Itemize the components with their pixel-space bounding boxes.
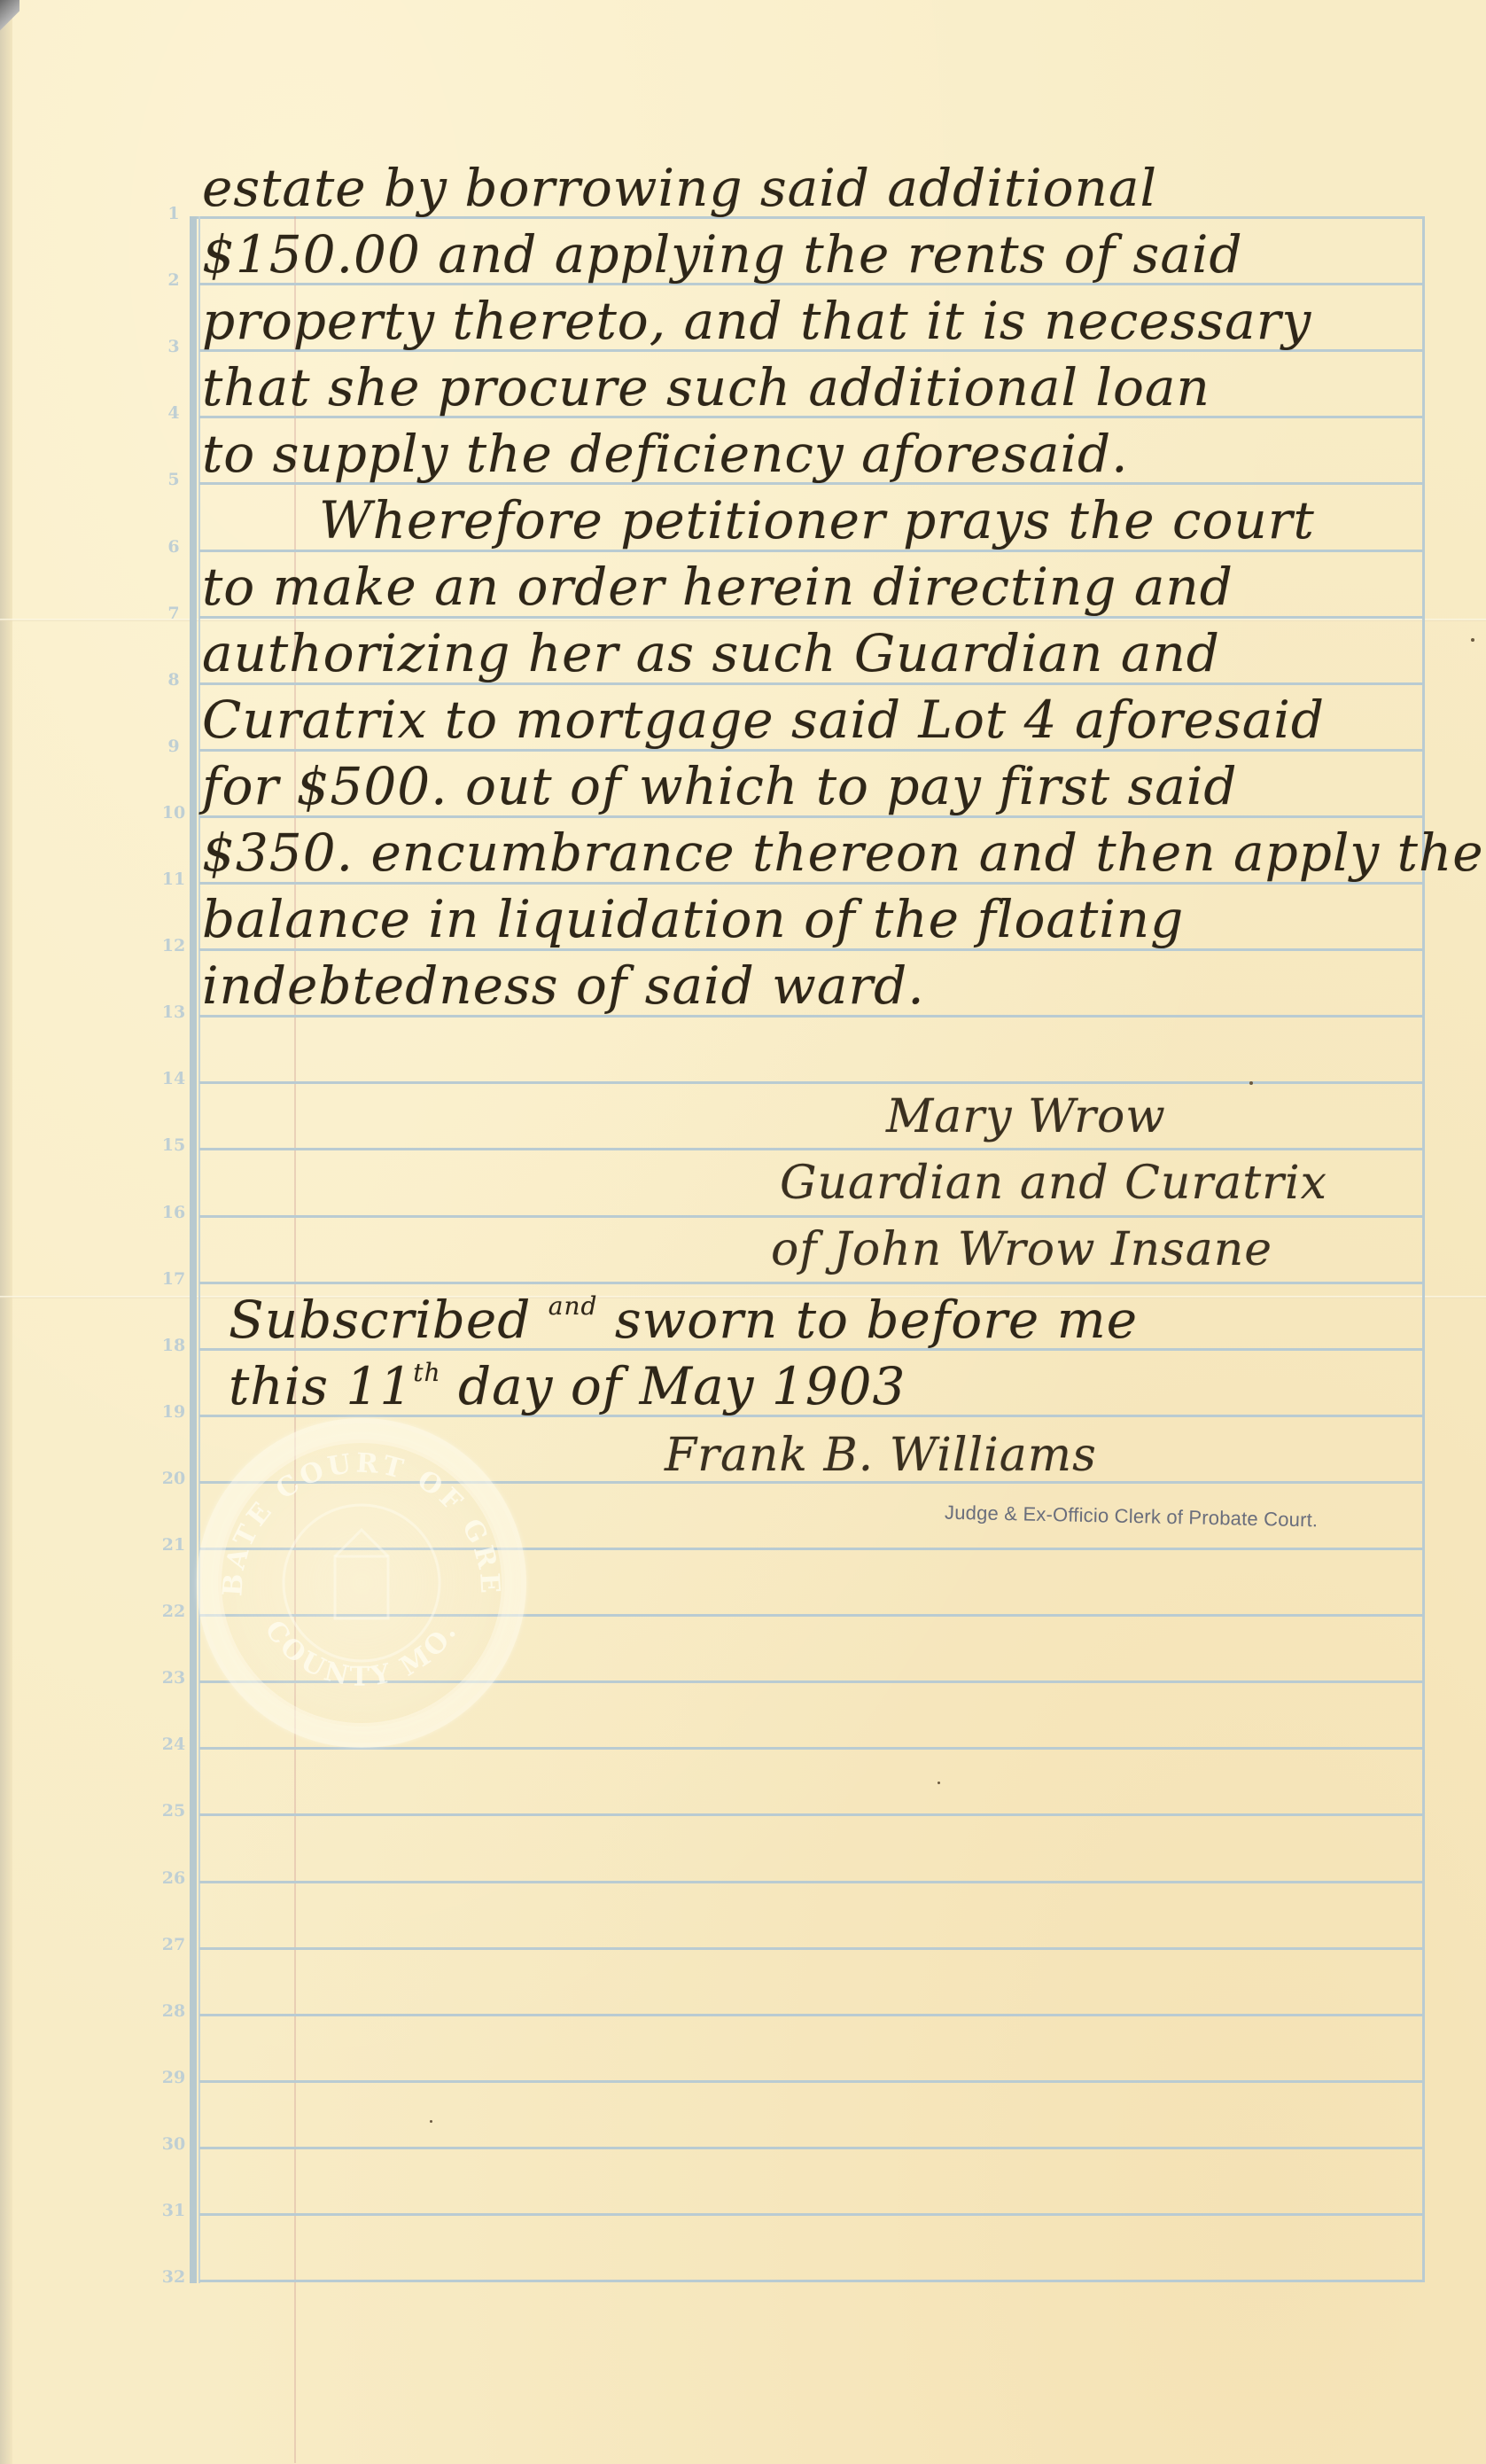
line-number: 32 xyxy=(161,2267,186,2287)
line-number: 27 xyxy=(161,1935,186,1954)
line-number: 12 xyxy=(161,936,186,955)
body-line: for $500. out of which to pay first said xyxy=(202,756,1238,816)
line-number: 19 xyxy=(161,1402,186,1422)
line-number: 24 xyxy=(161,1735,186,1754)
paper-speck xyxy=(1471,638,1474,642)
body-line: property thereto, and that it is necessa… xyxy=(202,291,1311,351)
line-number: 15 xyxy=(161,1135,186,1155)
line-number: 26 xyxy=(161,1868,186,1888)
line-number: 20 xyxy=(161,1469,186,1488)
svg-text:COUNTY MO.: COUNTY MO. xyxy=(259,1615,465,1693)
ruled-line xyxy=(199,2280,1425,2282)
line-number: 6 xyxy=(161,537,186,557)
body-line: that she procure such additional loan xyxy=(202,357,1210,417)
svg-text:PROBATE COURT OF GREENE: PROBATE COURT OF GREENE xyxy=(202,1423,505,1597)
rule-border-left-inner xyxy=(198,216,200,2283)
line-number: 25 xyxy=(161,1801,186,1821)
ruled-line xyxy=(199,1747,1425,1750)
ruled-line xyxy=(199,1881,1425,1883)
ruled-line xyxy=(199,1148,1425,1150)
official-signature: Frank B. Williams xyxy=(665,1429,1097,1482)
line-number: 3 xyxy=(161,337,186,356)
line-number: 5 xyxy=(161,470,186,489)
line-number: 23 xyxy=(161,1668,186,1688)
body-line: $350. encumbrance thereon and then apply… xyxy=(202,823,1484,883)
rule-border-right xyxy=(1422,216,1425,2282)
ruled-line xyxy=(199,1947,1425,1950)
line-number: 2 xyxy=(161,270,186,290)
ruled-line xyxy=(199,1215,1425,1218)
body-line: Curatrix to mortgage said Lot 4 aforesai… xyxy=(202,690,1325,750)
line-number: 8 xyxy=(161,670,186,690)
signer-title: Guardian and Curatrix xyxy=(780,1157,1327,1210)
seal-icon: PROBATE COURT OF GREENE COUNTY MO. xyxy=(202,1423,521,1743)
body-line: to supply the deficiency aforesaid. xyxy=(202,424,1129,484)
line-number: 13 xyxy=(161,1002,186,1022)
ruled-line xyxy=(199,2213,1425,2216)
rule-border-left xyxy=(190,216,197,2283)
line-number: 11 xyxy=(161,869,186,889)
fold-crease xyxy=(0,619,1486,621)
ruled-line xyxy=(199,2080,1425,2083)
line-number: 16 xyxy=(161,1203,186,1222)
ruled-line xyxy=(199,1813,1425,1816)
body-line: $150.00 and applying the rents of said xyxy=(202,224,1243,285)
body-line: estate by borrowing said additional xyxy=(202,158,1157,218)
body-line: indebtedness of said ward. xyxy=(202,955,925,1016)
paper-speck xyxy=(430,2120,432,2123)
page-edge xyxy=(0,0,12,2464)
line-number: 7 xyxy=(161,604,186,623)
jurat-line-2: this 11th day of May 1903 xyxy=(229,1356,906,1416)
line-number: 29 xyxy=(161,2068,186,2087)
line-number: 4 xyxy=(161,403,186,423)
body-line: balance in liquidation of the floating xyxy=(202,889,1184,949)
line-number: 28 xyxy=(161,2001,186,2021)
ruled-line xyxy=(199,2147,1425,2149)
line-number: 17 xyxy=(161,1269,186,1289)
line-number: 18 xyxy=(161,1336,186,1355)
body-line: to make an order herein directing and xyxy=(202,557,1233,617)
official-stamp: Judge & Ex-Officio Clerk of Probate Cour… xyxy=(945,1501,1319,1532)
paper-speck xyxy=(1249,1081,1253,1085)
body-line: Wherefore petitioner prays the court xyxy=(319,490,1315,550)
line-number: 9 xyxy=(161,737,186,756)
body-line: authorizing her as such Guardian and xyxy=(202,623,1220,683)
scan-corner xyxy=(0,0,19,35)
ruled-line xyxy=(199,1081,1425,1084)
paper-speck xyxy=(938,1782,940,1784)
line-number: 14 xyxy=(161,1069,186,1088)
line-number: 30 xyxy=(161,2134,186,2154)
line-number: 10 xyxy=(161,803,186,823)
embossed-seal: PROBATE COURT OF GREENE COUNTY MO. xyxy=(197,1418,526,1748)
line-number: 1 xyxy=(161,204,186,223)
line-number: 22 xyxy=(161,1602,186,1621)
signer-title-ward: of John Wrow Insane xyxy=(771,1223,1272,1276)
ruled-line xyxy=(199,1282,1425,1284)
ruled-line xyxy=(199,2014,1425,2016)
line-number: 21 xyxy=(161,1535,186,1555)
petitioner-signature: Mary Wrow xyxy=(886,1090,1166,1143)
jurat-line-1: Subscribed and sworn to before me xyxy=(229,1290,1138,1350)
line-number: 31 xyxy=(161,2201,186,2220)
